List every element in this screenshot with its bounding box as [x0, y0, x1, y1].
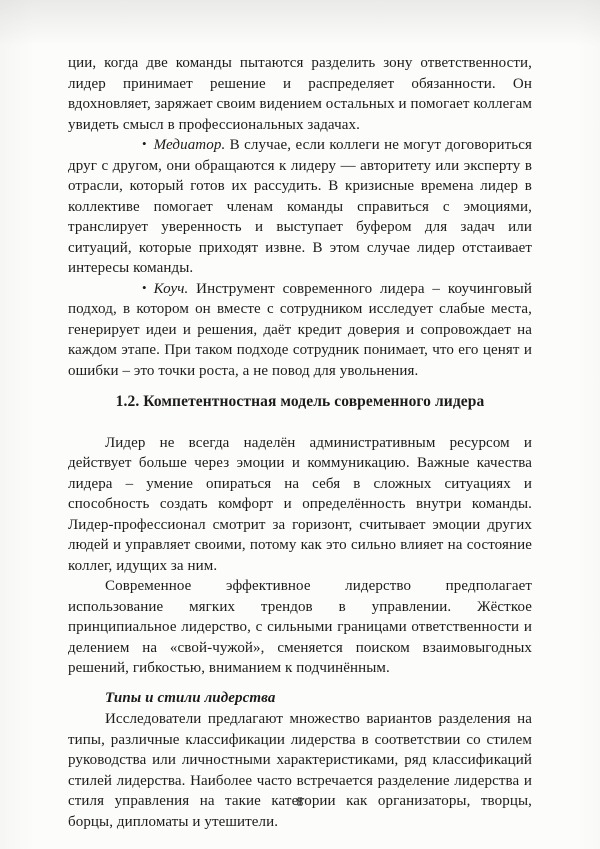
document-page: ции, когда две команды пытаются разделит…: [0, 0, 600, 849]
paragraph-leadership-types: Исследователи предлагают множество вариа…: [68, 709, 532, 832]
bullet-icon: •: [105, 134, 147, 155]
bullet-item-mediator: •Медиатор. В случае, если коллеги не мог…: [68, 135, 532, 279]
bullet-term-mediator: Медиатор.: [154, 137, 226, 153]
paragraph-continuation: ции, когда две команды пытаются разделит…: [68, 53, 532, 135]
bullet-term-coach: Коуч.: [154, 281, 189, 297]
paragraph-leader-qualities: Лидер не всегда наделён административным…: [68, 433, 532, 577]
subsection-heading: Типы и стили лидерства: [68, 688, 532, 709]
page-number: 8: [0, 792, 600, 813]
bullet-icon: •: [105, 278, 147, 299]
bullet-item-coach: •Коуч. Инструмент современного лидера – …: [68, 279, 532, 382]
section-heading: 1.2. Компетентностная модель современног…: [68, 392, 532, 413]
bullet-text-mediator: В случае, если коллеги не могут договори…: [68, 137, 532, 276]
paragraph-soft-leadership: Современное эффективное лидерство предпо…: [68, 576, 532, 679]
